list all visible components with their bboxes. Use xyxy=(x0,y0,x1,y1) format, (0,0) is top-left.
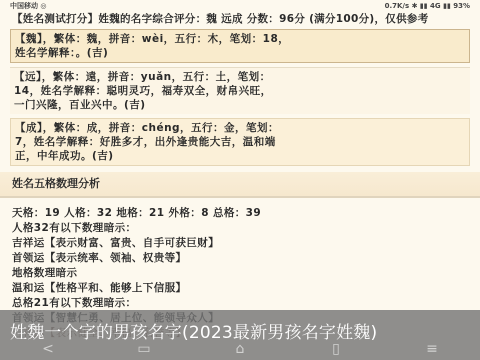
section-header-wuge: 姓名五格数理分析 xyxy=(0,172,480,198)
card-line: 一门兴隆，百业兴中。(吉) xyxy=(14,98,466,112)
card-line: 【远】，繁体：遠，拼音：yuǎn，五行：土，笔划： xyxy=(14,70,466,84)
tabs-icon[interactable]: ▯ xyxy=(321,341,351,357)
home-icon[interactable]: ⌂ xyxy=(225,341,255,357)
luck-line: 人格32有以下数理暗示： xyxy=(12,221,470,236)
char-card-wei: 【魏】，繁体：魏，拼音：wèi，五行：木，笔划：18， 姓名学解释：。(吉) xyxy=(10,29,470,63)
char-card-cheng: 【成】，繁体：成，拼音：chéng，五行：金，笔划： 7，姓名学解释：好胜多才，… xyxy=(10,118,470,166)
luck-line: 总格21有以下数理暗示： xyxy=(12,296,470,311)
char-card-yuan: 【远】，繁体：遠，拼音：yuǎn，五行：土，笔划： 14，姓名学解释：聪明灵巧，… xyxy=(10,67,470,114)
score-intro: 【姓名测试打分】姓魏的名字综合评分：魏 远成 分数：96分 (满分100分)，仅… xyxy=(0,12,480,26)
carrier-label: 中国移动 ◎ xyxy=(10,1,47,11)
wuge-numbers: 天格：19 人格：32 地格：21 外格：8 总格：39 xyxy=(12,206,470,221)
card-line: 姓名学解释：。(吉) xyxy=(15,46,465,60)
more-icon[interactable]: ≡ xyxy=(417,341,447,357)
luck-line: 温和运【性格平和、能够上下信服】 xyxy=(12,281,470,296)
luck-line: 首领运【表示统率、领袖、权贵等】 xyxy=(12,251,470,266)
status-indicators: 0.7K/s ✱ ▮▮ 4G ▮▮ 93% xyxy=(385,2,470,10)
luck-line: 吉祥运【表示财富、富贵、自手可获巨财】 xyxy=(12,236,470,251)
article-content: 【姓名测试打分】姓魏的名字综合评分：魏 远成 分数：96分 (满分100分)，仅… xyxy=(0,12,480,341)
back-icon[interactable]: < xyxy=(33,341,63,357)
card-line: 【魏】，繁体：魏，拼音：wèi，五行：木，笔划：18， xyxy=(15,32,465,46)
card-line: 【成】，繁体：成，拼音：chéng，五行：金，笔划： xyxy=(15,121,465,135)
status-bar: 中国移动 ◎ 0.7K/s ✱ ▮▮ 4G ▮▮ 93% xyxy=(0,0,480,12)
card-line: 7，姓名学解释：好胜多才，出外逢贵能大吉，温和端 xyxy=(15,135,465,149)
luck-line: 地格数理暗示 xyxy=(12,266,470,281)
card-line: 14，姓名学解释：聪明灵巧，福寿双全，财帛兴旺， xyxy=(14,84,466,98)
phone-nav-bar: < ▭ ⌂ ▯ ≡ xyxy=(0,338,480,360)
menu-icon[interactable]: ▭ xyxy=(129,341,159,357)
card-line: 正，中年成功。(吉) xyxy=(15,149,465,163)
